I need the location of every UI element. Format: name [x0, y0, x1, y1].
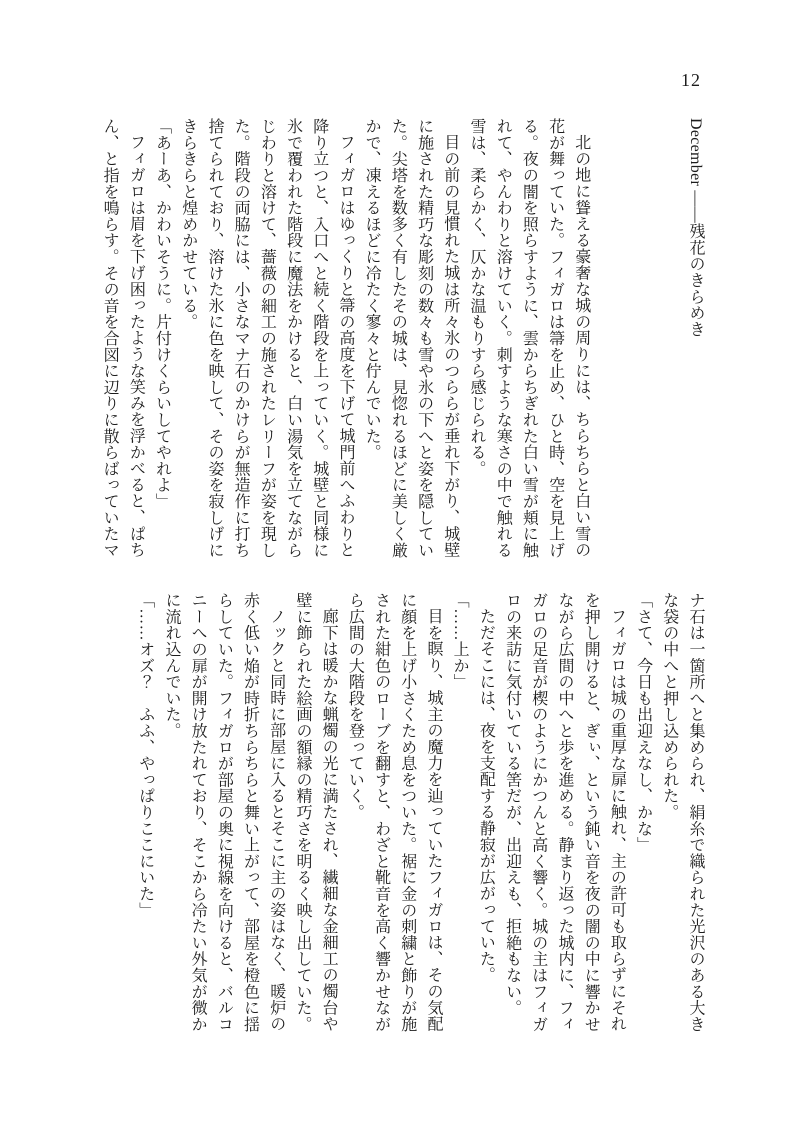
paragraph: ナ石は一箇所へと集められ、絹糸で織られた光沢のある大きな袋の中へと押し込められた…	[656, 592, 708, 1034]
paragraph: 目の前の見慣れた城は所々氷のつららが垂れ下がり、城壁に施された精巧な彫刻の数々も…	[358, 118, 463, 560]
paragraph: フィガロはゆっくりと箒の高度を下げて城門前へふわりと降り立つと、入口へと続く階段…	[175, 118, 358, 560]
paragraph: ただそこには、夜を支配する静寂が広がっていた。	[472, 592, 498, 1034]
page-number: 12	[681, 70, 701, 91]
paragraph: 「……オズ？ ふふ、やっぱりここにいた」	[132, 592, 158, 1034]
paragraph: 北の地に聳える豪奢な城の周りには、ちらちらと白い雪の花が舞っていた。フィガロは箒…	[463, 118, 594, 560]
bottom-text-tier: ナ石は一箇所へと集められ、絹糸で織られた光沢のある大きな袋の中へと押し込められた…	[130, 592, 708, 1034]
paragraph: フィガロは城の重厚な扉に触れ、主の許可も取らずにそれを押し開けると、ぎぃ、という…	[498, 592, 629, 1034]
novel-page: 12 December ――残花のきらめき 北の地に聳える豪奢な城の周りには、ち…	[0, 0, 799, 1121]
paragraph: 「あーあ、かわいそうに。片付けくらいしてやれよ」	[148, 118, 174, 560]
paragraph: ノックと同時に部屋に入るとそこに主の姿はなく、暖炉の赤く低い焔が時折ちらちらと舞…	[158, 592, 289, 1034]
paragraph: 廊下は暖かな蝋燭の光に満たされ、繊細な金細工の燭台や壁に飾られた絵画の額縁の精巧…	[289, 592, 341, 1034]
top-text-tier: December ――残花のきらめき 北の地に聳える豪奢な城の周りには、ちらちら…	[96, 118, 708, 560]
paragraph: 「……上か」	[446, 592, 472, 1034]
paragraph: フィガロは眉を下げ困ったような笑みを浮かべると、ぱちん、と指を鳴らす。その音を合…	[96, 118, 148, 560]
paragraph: 目を瞑り、城主の魔力を辿っていたフィガロは、その気配に顔を上げ小さくため息をつい…	[341, 592, 446, 1034]
paragraph: 「さて、今日も出迎えなし、かな」	[629, 592, 655, 1034]
chapter-title: December ――残花のきらめき	[682, 118, 708, 560]
